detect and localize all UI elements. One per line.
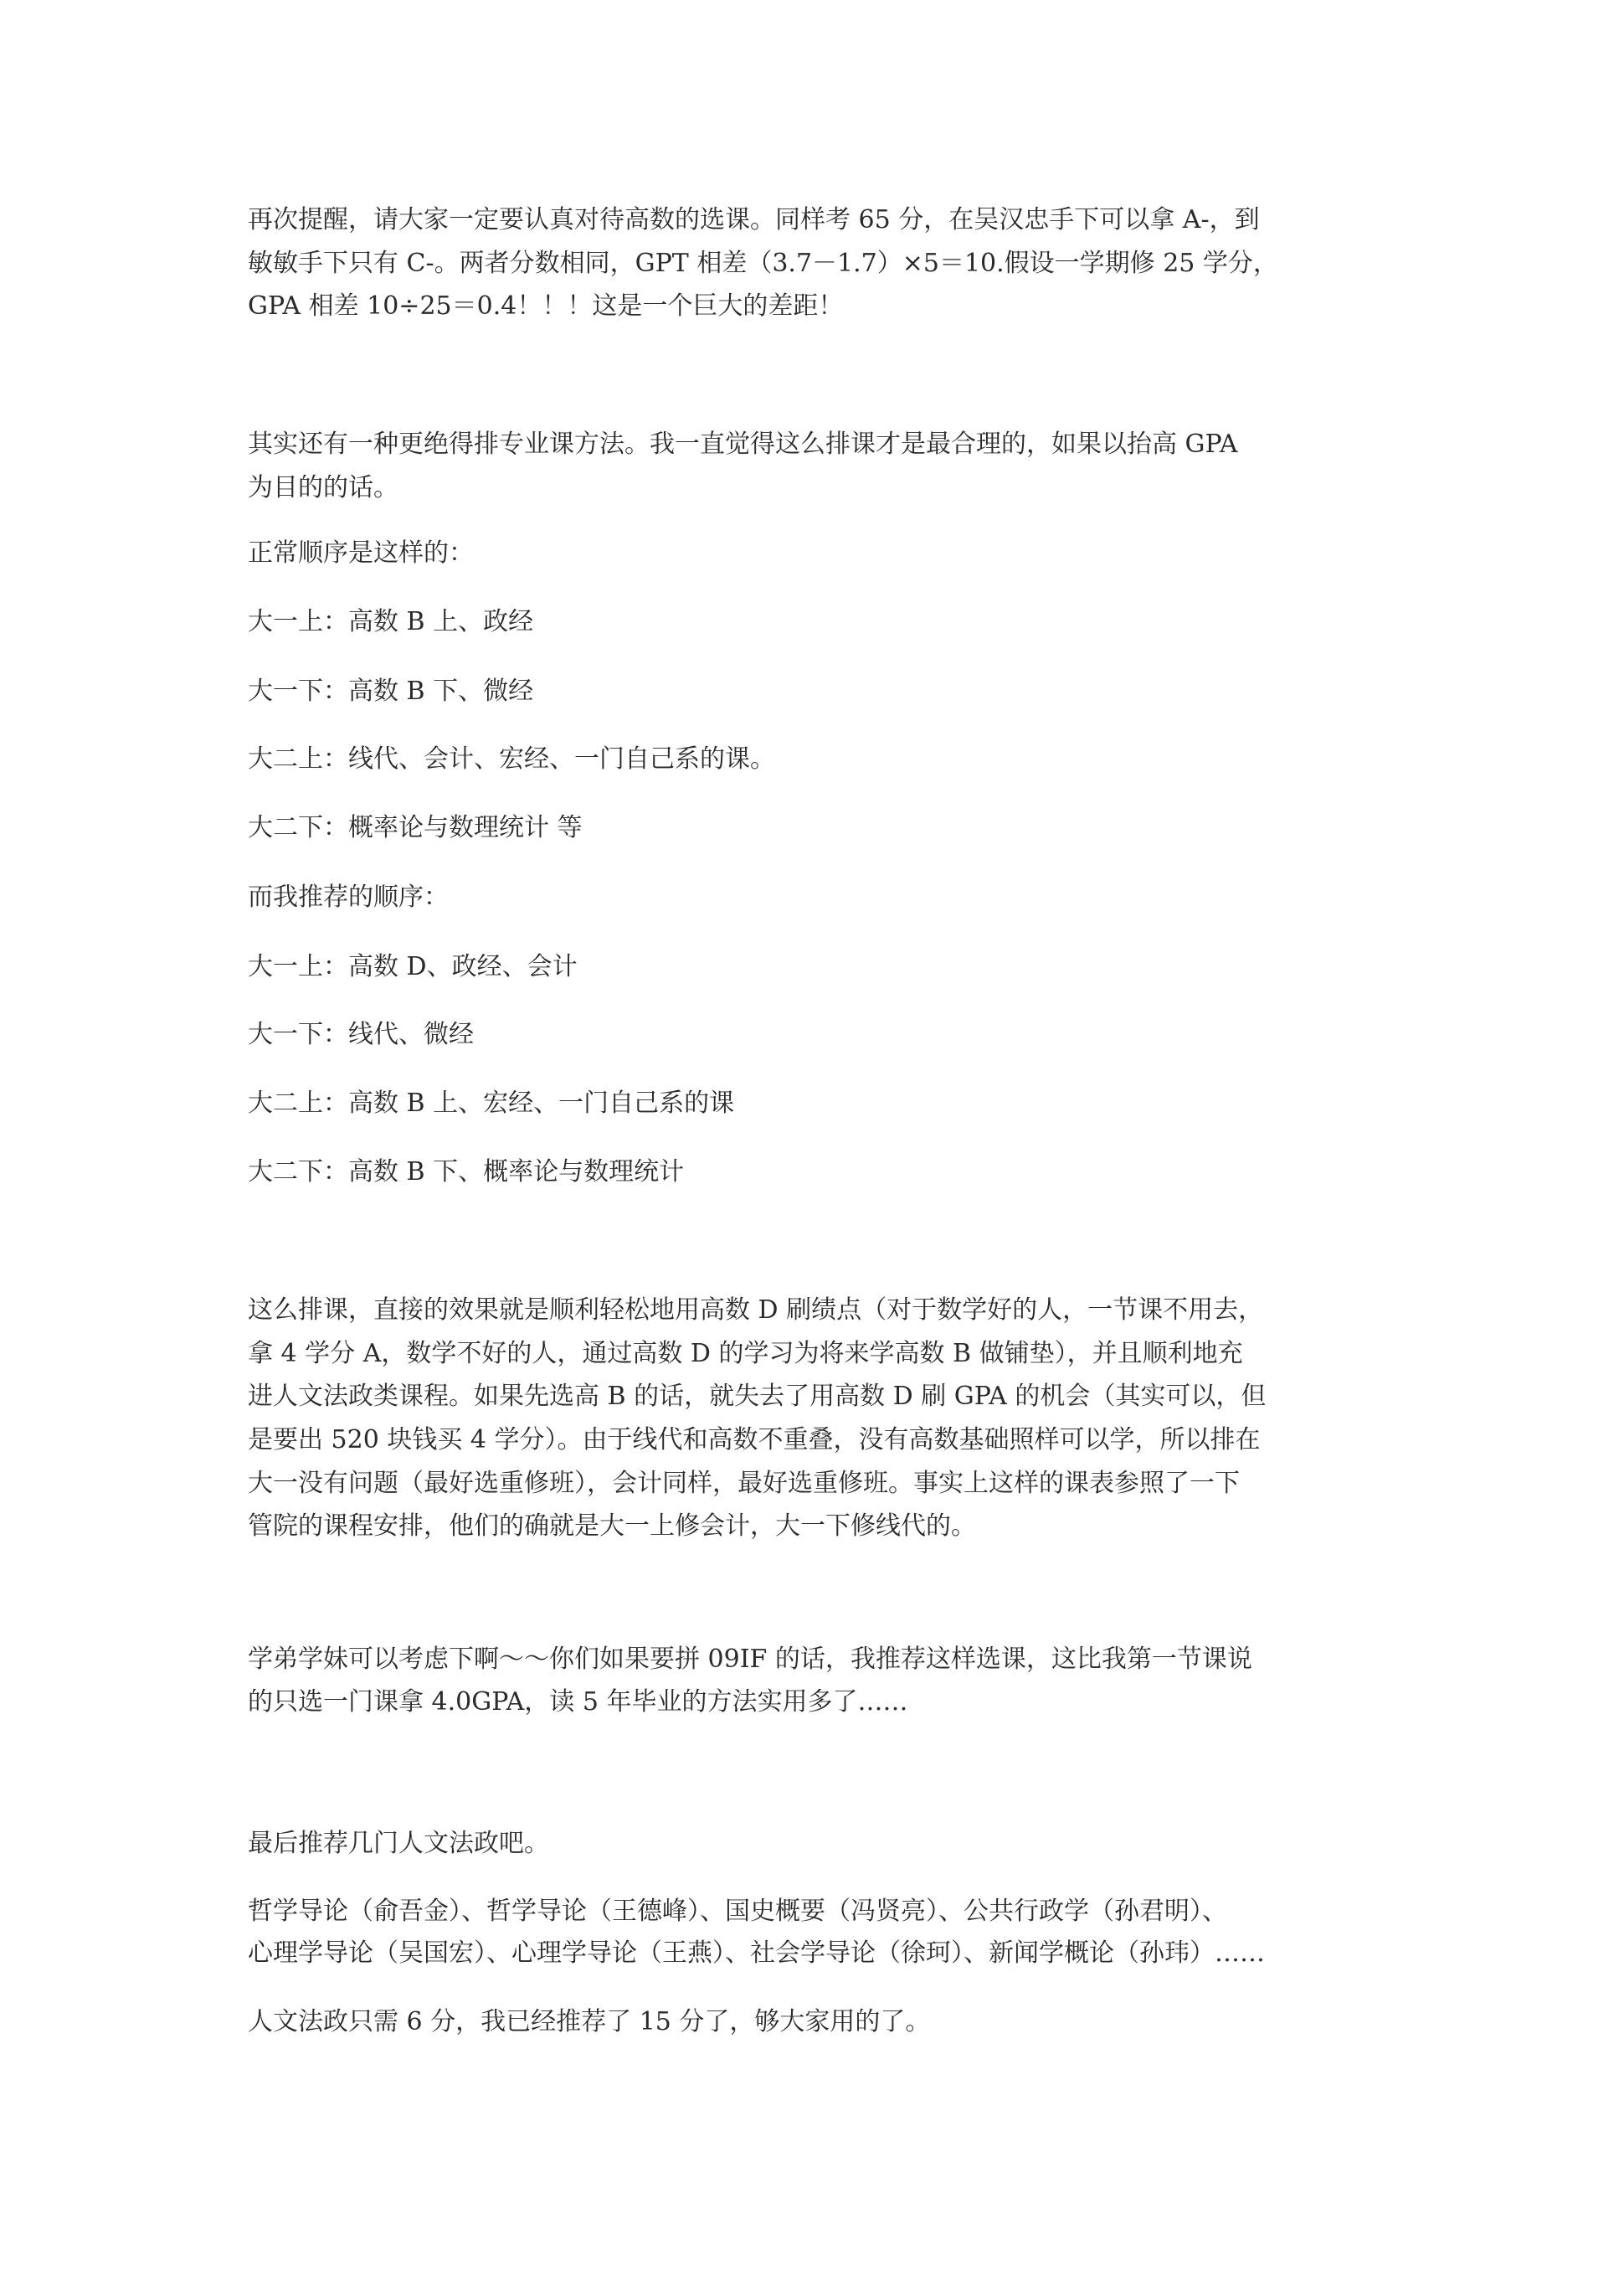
paragraph-reminder-line-3: GPA 相差 10÷25＝0.4！！！这是一个巨大的差距！ bbox=[248, 291, 843, 322]
paragraph-effect-line-1: 这么排课，直接的效果就是顺利轻松地用高数 D 刷绩点（对于数学好的人，一节课不用… bbox=[248, 1295, 1263, 1326]
normal-order-item: 大二下：概率论与数理统计 等 bbox=[248, 813, 583, 843]
recommended-order-title: 而我推荐的顺序： bbox=[248, 883, 449, 913]
recommended-order-item: 大二下：高数 B 下、概率论与数理统计 bbox=[248, 1157, 684, 1187]
paragraph-recommend-intro: 最后推荐几门人文法政吧。 bbox=[248, 1829, 549, 1859]
normal-order-title: 正常顺序是这样的： bbox=[248, 538, 474, 569]
normal-order-item: 大二上：线代、会计、宏经、一门自己系的课。 bbox=[248, 744, 775, 775]
closing-line: 人文法政只需 6 分，我已经推荐了 15 分了，够大家用的了。 bbox=[248, 2007, 930, 2037]
paragraph-effect-line-4: 是要出 520 块钱买 4 学分）。由于线代和高数不重叠，没有高数基础照样可以学… bbox=[248, 1425, 1261, 1455]
course-list-line-2: 心理学导论（吴国宏）、心理学导论（王燕）、社会学导论（徐珂）、新闻学概论（孙玮）… bbox=[248, 1938, 1265, 1969]
paragraph-effect-line-5: 大一没有问题（最好选重修班），会计同样，最好选重修班。事实上这样的课表参照了一下 bbox=[248, 1469, 1240, 1499]
paragraph-method-line-2: 为目的的话。 bbox=[248, 473, 398, 503]
paragraph-advice-line-1: 学弟学妹可以考虑下啊～～你们如果要拼 09IF 的话，我推荐这样选课，这比我第一… bbox=[248, 1645, 1252, 1675]
recommended-order-item: 大一上：高数 D、政经、会计 bbox=[248, 952, 578, 982]
normal-order-item: 大一上：高数 B 上、政经 bbox=[248, 607, 533, 637]
paragraph-method-line-1: 其实还有一种更绝得排专业课方法。我一直觉得这么排课才是最合理的，如果以抬高 GP… bbox=[248, 430, 1238, 460]
paragraph-advice-line-2: 的只选一门课拿 4.0GPA，读 5 年毕业的方法实用多了…… bbox=[248, 1687, 907, 1717]
course-list-line-1: 哲学导论（俞吾金）、哲学导论（王德峰）、国史概要（冯贤亮）、公共行政学（孙君明）… bbox=[248, 1897, 1227, 1927]
paragraph-effect-line-6: 管院的课程安排，他们的确就是大一上修会计，大一下修线代的。 bbox=[248, 1511, 976, 1542]
paragraph-reminder-line-2: 敏敏手下只有 C-。两者分数相同，GPT 相差（3.7－1.7）×5＝10.假设… bbox=[248, 249, 1278, 279]
normal-order-item: 大一下：高数 B 下、微经 bbox=[248, 677, 533, 707]
paragraph-reminder-line-1: 再次提醒，请大家一定要认真对待高数的选课。同样考 65 分，在吴汉忠手下可以拿 … bbox=[248, 205, 1260, 235]
paragraph-effect-line-2: 拿 4 学分 A，数学不好的人，通过高数 D 的学习为将来学高数 B 做铺垫），… bbox=[248, 1339, 1243, 1369]
recommended-order-item: 大二上：高数 B 上、宏经、一门自己系的课 bbox=[248, 1089, 734, 1119]
paragraph-effect-line-3: 进人文法政类课程。如果先选高 B 的话，就失去了用高数 D 刷 GPA 的机会（… bbox=[248, 1382, 1266, 1412]
recommended-order-item: 大一下：线代、微经 bbox=[248, 1020, 474, 1050]
